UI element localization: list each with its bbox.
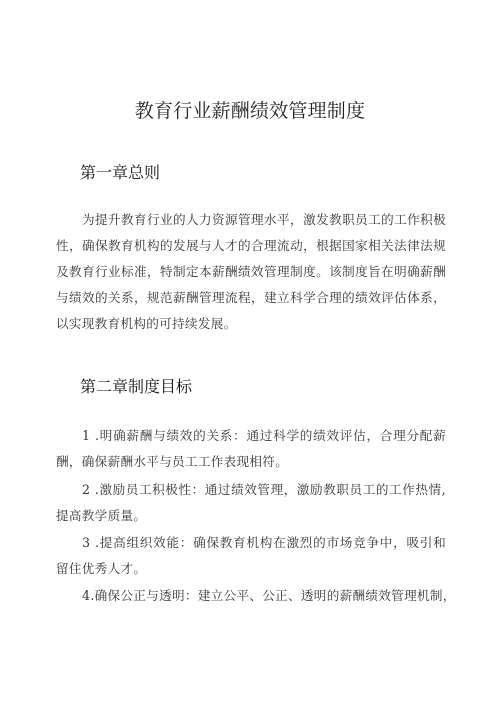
goal-item-1: 1 .明确薪酬与绩效的关系：通过科学的绩效评估，合理分配薪酬，确保薪酬水平与员工…: [56, 423, 446, 475]
chapter-2-heading: 第二章制度目标: [80, 374, 192, 397]
goal-item-2: 2 .激励员工积极性：通过绩效管理，激励教职员工的工作热情,提高教学质量。: [56, 477, 446, 529]
chapter-1-paragraph: 为提升教育行业的人力资源管理水平，激发教职员工的工作积极性，确保教育机构的发展与…: [56, 207, 446, 337]
goal-item-3: 3 .提高组织效能：确保教育机构在激烈的市场竞争中，吸引和留住优秀人才。: [56, 530, 446, 582]
chapter-1-heading: 第一章总则: [80, 160, 160, 183]
goal-item-4: 4.确保公正与透明：建立公平、公正、透明的薪酬绩效管理机制，维护: [56, 583, 446, 609]
document-title: 教育行业薪酬绩效管理制度: [0, 96, 500, 123]
